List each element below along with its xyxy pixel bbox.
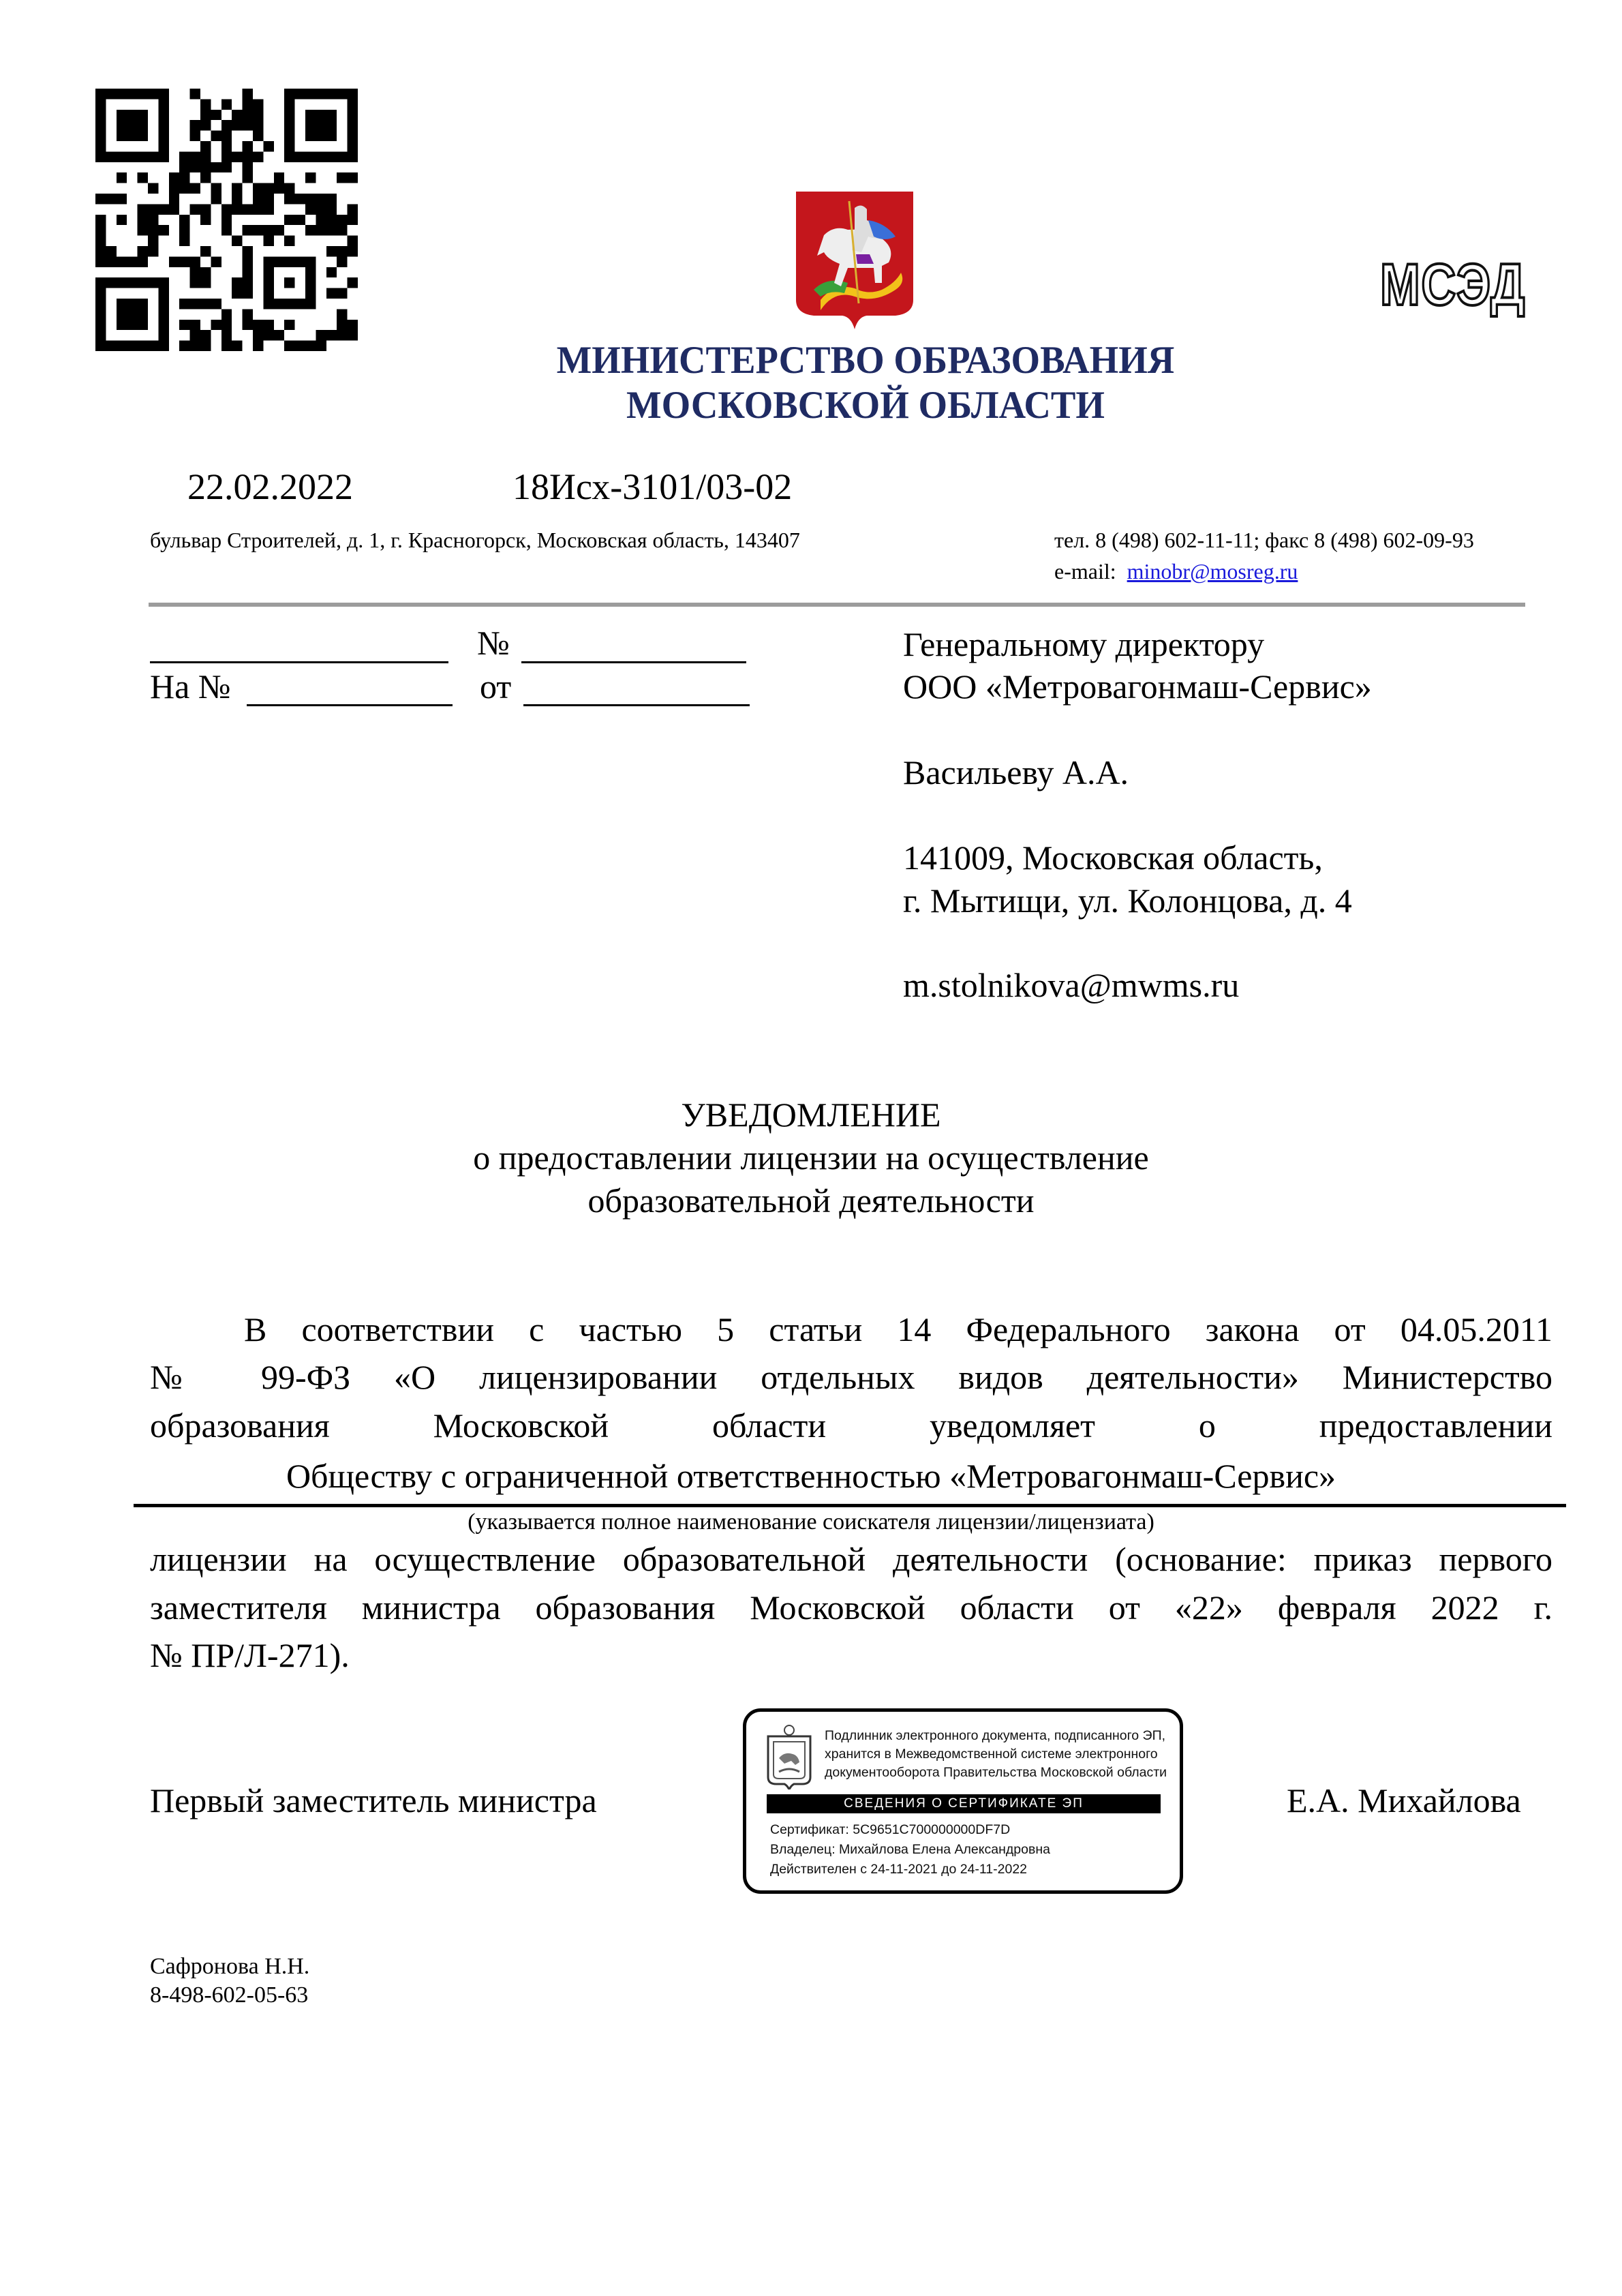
stamp-header: Подлинник электронного документа, подпис… xyxy=(825,1727,1167,1782)
addressee-address-line1: 141009, Московская область, xyxy=(903,841,1323,875)
signer-name: Е.А. Михайлова xyxy=(1287,1783,1521,1817)
body-line-7: № ПР/Л-271). xyxy=(150,1638,350,1672)
document-title: УВЕДОМЛЕНИЕ xyxy=(0,1098,1622,1132)
document-subtitle-line2: образовательной деятельности xyxy=(0,1183,1622,1218)
ministry-phones: тел. 8 (498) 602-11-11; факс 8 (498) 602… xyxy=(1054,529,1474,551)
header-divider xyxy=(149,603,1525,607)
certificate-info-bar: СВЕДЕНИЯ О СЕРТИФИКАТЕ ЭП xyxy=(767,1794,1161,1813)
qr-code-icon xyxy=(95,89,358,351)
number-sign: № xyxy=(477,626,510,660)
reply-number-blank xyxy=(247,704,453,706)
certificate-number: Сертификат: 5C9651C700000000DF7D xyxy=(770,1824,1010,1837)
from-label: от xyxy=(480,669,511,704)
licensee-full-name: Обществу с ограниченной ответственностью… xyxy=(0,1459,1622,1493)
body-line-3: образования Московской области уведомляе… xyxy=(150,1408,1552,1442)
addressee-email: m.stolnikova@mwms.ru xyxy=(903,968,1239,1002)
addressee-position: Генеральному директору xyxy=(903,627,1264,661)
body-line-1: В соответствии с частью 5 статьи 14 Феде… xyxy=(244,1312,1552,1346)
outgoing-date-blank xyxy=(150,661,448,663)
certificate-validity: Действителен с 24-11-2021 до 24-11-2022 xyxy=(770,1863,1027,1877)
addressee-name: Васильеву А.А. xyxy=(903,755,1129,789)
emblem-icon xyxy=(764,1724,814,1789)
body-line-5: лицензии на осуществление образовательно… xyxy=(150,1542,1552,1576)
signer-position: Первый заместитель министра xyxy=(150,1783,597,1817)
ministry-address: бульвар Строителей, д. 1, г. Красногорск… xyxy=(150,529,800,551)
executor-phone: 8-498-602-05-63 xyxy=(150,1984,308,2007)
certificate-owner: Владелец: Михайлова Елена Александровна xyxy=(770,1843,1050,1857)
addressee-address-line2: г. Мытищи, ул. Колонцова, д. 4 xyxy=(903,883,1352,918)
body-line-6: заместителя министра образования Московс… xyxy=(150,1590,1552,1625)
document-subtitle-line1: о предоставлении лицензии на осуществлен… xyxy=(0,1141,1622,1175)
registration-number: 18Исх-3101/03-02 xyxy=(512,466,792,508)
ministry-title-line1: МИНИСТЕРСТВО ОБРАЗОВАНИЯ xyxy=(35,341,1622,380)
coat-of-arms-icon xyxy=(793,187,917,331)
email-label: e-mail: xyxy=(1054,559,1116,584)
ministry-email-row: e-mail: minobr@mosreg.ru xyxy=(1054,560,1298,582)
licensee-name-underline xyxy=(134,1504,1566,1507)
ministry-title-line2: МОСКОВСКОЙ ОБЛАСТИ xyxy=(35,386,1622,425)
licensee-name-caption: (указывается полное наименование соискат… xyxy=(0,1511,1622,1534)
reply-to-label: На № xyxy=(150,669,231,704)
ministry-email-link[interactable]: minobr@mosreg.ru xyxy=(1127,559,1298,584)
executor-name: Сафронова Н.Н. xyxy=(150,1955,309,1978)
msed-logo: МСЭД xyxy=(1380,256,1526,314)
registration-date: 22.02.2022 xyxy=(187,466,353,508)
reply-date-blank xyxy=(523,704,750,706)
outgoing-number-blank xyxy=(521,661,746,663)
body-line-2: № 99-ФЗ «О лицензировании отдельных видо… xyxy=(150,1360,1552,1394)
electronic-signature-stamp: Подлинник электронного документа, подпис… xyxy=(743,1708,1183,1894)
addressee-company: ООО «Метровагонмаш-Сервис» xyxy=(903,669,1372,704)
